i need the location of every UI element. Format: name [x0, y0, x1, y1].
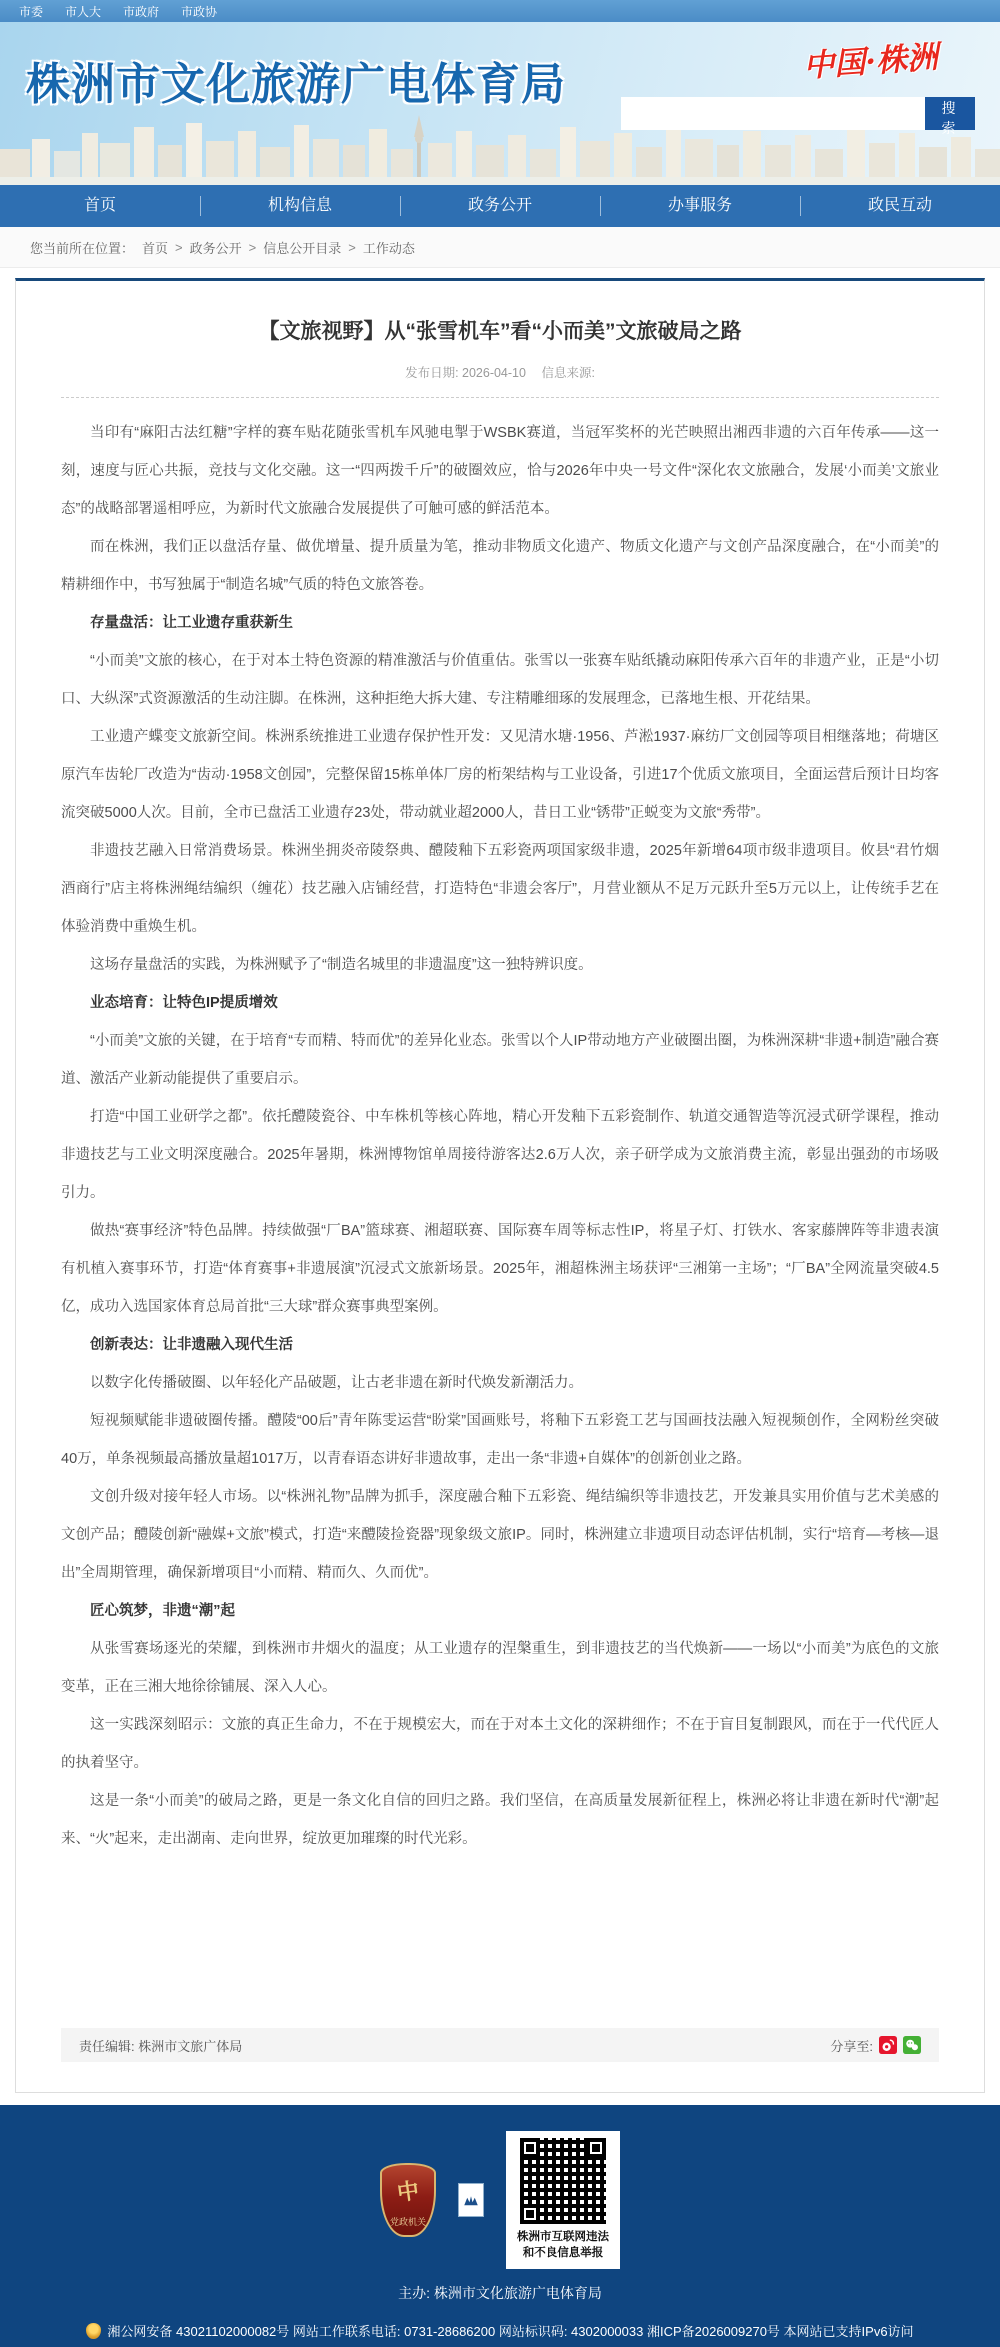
editor-share-bar: 责任编辑: 株洲市文旅广体局 分享至: [61, 2028, 939, 2062]
nav-item[interactable]: 政务公开 [400, 185, 600, 227]
breadcrumb-separator: > [249, 240, 257, 255]
report-qr-block: 株洲市互联网违法 和不良信息举报 [506, 2131, 620, 2269]
top-links-bar: 市委市人大市政府市政协 [0, 0, 1000, 22]
breadcrumb-separator: > [175, 240, 183, 255]
article-paragraph: 文创升级对接年轻人市场。以“株洲礼物”品牌为抓手，深度融合釉下五彩瓷、绳结编织等… [61, 1478, 939, 1592]
article-paragraph: 存量盘活：让工业遗存重获新生 [61, 604, 939, 642]
wechat-share-icon[interactable] [903, 2036, 921, 2054]
article-paragraph: 这场存量盘活的实践，为株洲赋予了“制造名城里的非遗温度”这一独特辨识度。 [61, 946, 939, 984]
article-title: 【文旅视野】从“张雪机车”看“小而美”文旅破局之路 [61, 315, 939, 345]
breadcrumb-prefix: 您当前所在位置： [30, 238, 134, 257]
breadcrumb-item[interactable]: 首页 [142, 238, 168, 257]
responsible-editor: 责任编辑: 株洲市文旅广体局 [79, 2036, 242, 2055]
weibo-share-icon[interactable] [879, 2036, 897, 2054]
qr-finder-pattern [520, 2138, 540, 2158]
share-label: 分享至: [830, 2036, 873, 2055]
site-title: 株洲市文化旅游广电体育局 [26, 48, 566, 112]
nav-item[interactable]: 办事服务 [600, 185, 800, 227]
breadcrumb-item[interactable]: 工作动态 [363, 238, 415, 257]
main-nav: 首页机构信息政务公开办事服务政民互动 [0, 185, 1000, 227]
breadcrumb-separator: > [348, 240, 356, 255]
article-meta: 发布日期: 2026-04-10 信息来源: [61, 363, 939, 398]
article-paragraph: 而在株洲，我们正以盘活存量、做优增量、提升质量为笔，推动非物质文化遗产、物质文化… [61, 528, 939, 604]
qr-caption-line2: 和不良信息举报 [513, 2245, 613, 2261]
blank-space [61, 1858, 939, 2028]
site-header: 株洲市文化旅游广电体育局 中国·株洲 搜 索 [0, 22, 1000, 185]
article-paragraph: 这是一条“小而美”的破局之路，更是一条文化自信的回归之路。我们坚信，在高质量发展… [61, 1782, 939, 1858]
china-zhuzhou-logo: 中国·株洲 [802, 31, 940, 85]
article-paragraph: 创新表达：让非遗融入现代生活 [61, 1326, 939, 1364]
topbar-link[interactable]: 市委 [10, 3, 52, 20]
footer-host-line: 主办: 株洲市文化旅游广电体育局 [0, 2283, 1000, 2303]
article-paragraph: “小而美”文旅的关键，在于培育“专而精、特而优”的差异化业态。张雪以个人IP带动… [61, 1022, 939, 1098]
info-source: 信息来源: [541, 366, 594, 380]
article-paragraph: 这一实践深刻昭示：文旅的真正生命力，不在于规模宏大，而在于对本土文化的深耕细作；… [61, 1706, 939, 1782]
publish-date: 发布日期: 2026-04-10 [405, 366, 526, 380]
qr-caption: 株洲市互联网违法 和不良信息举报 [513, 2229, 613, 2261]
article-paragraph: 非遗技艺融入日常消费场景。株洲坐拥炎帝陵祭典、醴陵釉下五彩瓷两项国家级非遗，20… [61, 832, 939, 946]
breadcrumb-list: 首页>政务公开>信息公开目录>工作动态 [142, 238, 415, 257]
nav-item[interactable]: 首页 [0, 185, 200, 227]
article-body: 当印有“麻阳古法红糖”字样的赛车贴花随张雪机车风驰电掣于WSBK赛道，当冠军奖杯… [61, 414, 939, 1858]
topbar-link[interactable]: 市人大 [56, 3, 110, 20]
article-paragraph: 匠心筑梦，非遗“潮”起 [61, 1592, 939, 1630]
article-paragraph: 业态培育：让特色IP提质增效 [61, 984, 939, 1022]
topbar-link[interactable]: 市政府 [114, 3, 168, 20]
search-input[interactable] [621, 97, 925, 130]
breadcrumb: 您当前所在位置： 首页>政务公开>信息公开目录>工作动态 [0, 227, 1000, 268]
topbar-link[interactable]: 市政协 [172, 3, 226, 20]
qr-finder-pattern [520, 2204, 540, 2224]
breadcrumb-item[interactable]: 政务公开 [190, 238, 242, 257]
article-paragraph: 工业遗产蝶变文旅新空间。株洲系统推进工业遗存保护性开发：又见清水塘·1956、芦… [61, 718, 939, 832]
site-footer: 党政机关 株洲市互联网违法 和不良信息举报 主办: 株洲市文化旅游广电体育局 [0, 2105, 1000, 2347]
site-identification-icon[interactable] [458, 2183, 484, 2217]
search-button[interactable]: 搜 索 [925, 97, 975, 130]
footer-bottom-line: 湘公网安备 43021102000082号 网站工作联系电话: 0731-286… [0, 2321, 1000, 2340]
share-area: 分享至: [830, 2036, 921, 2055]
footer-legal-text: 湘公网安备 43021102000082号 网站工作联系电话: 0731-286… [107, 2321, 913, 2340]
nav-item[interactable]: 政民互动 [800, 185, 1000, 227]
qr-caption-line1: 株洲市互联网违法 [513, 2229, 613, 2245]
article-paragraph: 短视频赋能非遗破圈传播。醴陵“00后”青年陈雯运营“盼棠”国画账号，将釉下五彩瓷… [61, 1402, 939, 1478]
qr-code-image [520, 2138, 606, 2224]
breadcrumb-item[interactable]: 信息公开目录 [263, 238, 341, 257]
search-bar: 搜 索 [621, 97, 975, 130]
footer-badges: 党政机关 株洲市互联网违法 和不良信息举报 [0, 2131, 1000, 2269]
party-government-badge-icon[interactable]: 党政机关 [380, 2163, 436, 2237]
public-security-badge-icon [86, 2323, 101, 2339]
article-paragraph: 当印有“麻阳古法红糖”字样的赛车贴花随张雪机车风驰电掣于WSBK赛道，当冠军奖杯… [61, 414, 939, 528]
gov-badge-label: 党政机关 [390, 2215, 426, 2228]
article-paragraph: 从张雪赛场逐光的荣耀，到株洲市井烟火的温度；从工业遗存的涅槃重生，到非遗技艺的当… [61, 1630, 939, 1706]
article-paragraph: “小而美”文旅的核心，在于对本土特色资源的精准激活与价值重估。张雪以一张赛车贴纸… [61, 642, 939, 718]
article-paragraph: 打造“中国工业研学之都”。依托醴陵瓷谷、中车株机等核心阵地，精心开发釉下五彩瓷制… [61, 1098, 939, 1212]
article-card: 【文旅视野】从“张雪机车”看“小而美”文旅破局之路 发布日期: 2026-04-… [15, 278, 985, 2093]
article-paragraph: 做热“赛事经济”特色品牌。持续做强“厂BA”篮球赛、湘超联赛、国际赛车周等标志性… [61, 1212, 939, 1326]
nav-item[interactable]: 机构信息 [200, 185, 400, 227]
page: 市委市人大市政府市政协 [0, 0, 1000, 2347]
qr-finder-pattern [586, 2138, 606, 2158]
article-paragraph: 以数字化传播破圈、以年轻化产品破题，让古老非遗在新时代焕发新潮活力。 [61, 1364, 939, 1402]
